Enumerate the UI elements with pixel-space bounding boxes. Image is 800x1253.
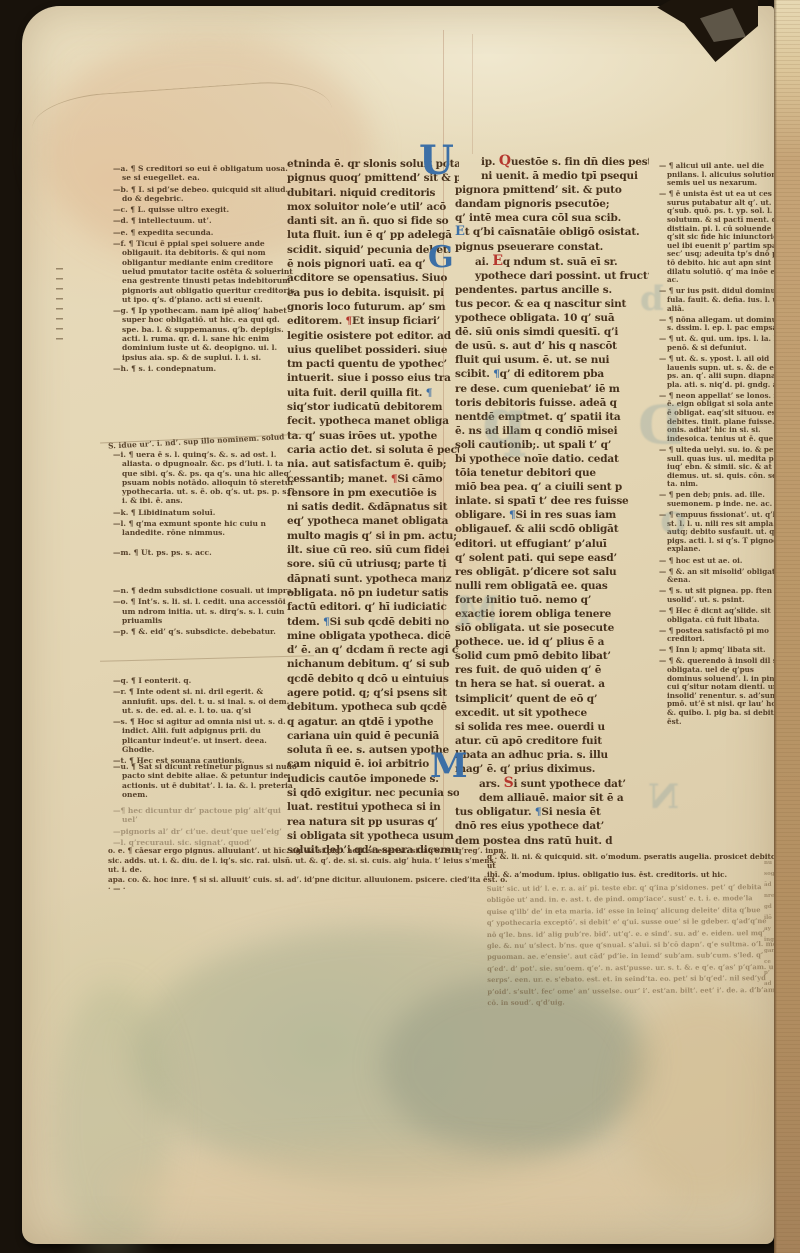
text-line: tsimplicit’ quent de eō q’ xyxy=(455,692,649,706)
text-line: fecit. ypotheca manet obliga xyxy=(287,414,459,428)
text-line: tn hera se hat. si ouerat. a xyxy=(455,677,649,691)
gloss-entry: — ¶ postea satisfactō pi mo creditori. xyxy=(659,627,791,644)
text-line: mag’ ē. q’ prius diximus. xyxy=(455,762,649,776)
gloss-entry: —pignoris al’ dr’ ci’ue. deut’que uel’ei… xyxy=(113,827,299,836)
text-line: pothece. ue. id q’ plius ē a xyxy=(455,635,649,649)
text-line: tm pacti quentu de ypothec’ xyxy=(287,357,459,371)
text-line: mox soluitor nole’e util’ acō xyxy=(287,200,459,214)
crease xyxy=(100,655,314,662)
gloss-entry: — ¶ hoc est ut ae. oi. xyxy=(659,557,791,566)
left-margin-gloss-block: —¶ hec dicuntur dr’ pactoue pig’ alt’qui… xyxy=(113,806,299,849)
bottom-gloss-right: q’. &. li. ni. & quicquid. sit. o’modum.… xyxy=(487,852,791,1008)
text-line: dnō res eius ypothece dat’ xyxy=(455,819,649,833)
text-line: eq’ ypotheca manet obligata xyxy=(287,514,459,528)
text-segment: tus obligatur. xyxy=(455,806,535,818)
text-line: q’ intē mea cura cōl sua scib. xyxy=(455,211,649,225)
text-segment: ars. xyxy=(479,778,504,790)
gloss-entry: —l. ¶ q’ma exmunt sponte hic cuiu n land… xyxy=(113,519,299,538)
text-line: debitum. ypotheca sub qcdē xyxy=(287,700,459,714)
text-line: sore. siū cū utriusq; parte ti xyxy=(287,557,459,571)
text-line: agere potid. q; q’si psens sit xyxy=(287,686,459,700)
text-segment: cessantib; manet. xyxy=(287,473,391,485)
text-segment: scibit. xyxy=(455,368,493,380)
text-line: editorem. ¶Et insup ficiari’ xyxy=(287,314,459,328)
text-segment: obligare. xyxy=(455,509,509,521)
text-segment: t q’bi caīsnatāie obligō osistat. xyxy=(465,226,640,238)
text-line: factū editori. q’ hī iudiciatic xyxy=(287,600,459,614)
gloss-entry: — ¶ ur ius psit. didul dominus. fula. fa… xyxy=(659,287,791,313)
gloss-entry: — ¶ ut. &. s. ypost. l. ail oid lauenis … xyxy=(659,355,791,389)
text-line: q agatur. an qtdē i ypothe xyxy=(287,715,459,729)
pilcrow-mark: ¶ xyxy=(426,387,432,399)
bottom-gloss-left: o. e. ¶ cāesar ergo pignus. alluuiant’. … xyxy=(108,846,508,894)
gloss-entry: —m. ¶ Ut. ps. ps. s. acc. xyxy=(113,548,299,557)
gloss-line: sic. adds. ut. i. &. diu. de l. iq’s. si… xyxy=(108,856,508,875)
text-segment: ip. xyxy=(481,156,499,168)
gloss-line: p’oid’. s’sult’. fec’ ome’ an’ usselse. … xyxy=(487,984,791,998)
gloss-entry: — ¶ s. ut sit pignea. pp. ften usolid’. … xyxy=(659,587,791,604)
text-line: obligata. nō pn iudetur satis xyxy=(287,586,459,600)
gloss-entry: —c. ¶ L. quisse ultro exegit. xyxy=(113,205,299,214)
text-segment: Si in res suas iam xyxy=(515,509,616,521)
text-line: uius quelibet possideri. siue xyxy=(287,343,459,357)
text-line: libata an adhuc pria. s. illu xyxy=(455,748,649,762)
colored-initial: S xyxy=(504,776,514,791)
gloss-entry: —e. ¶ expedita secunda. xyxy=(113,228,299,237)
gloss-entry: —a. ¶ S creditori so eui ē obligatum uos… xyxy=(113,164,299,183)
text-line: siq’stor iudicatū debitorem xyxy=(287,400,459,414)
gloss-entry: —u. ¶ Sat si dicunt retinetur pignus si … xyxy=(113,762,299,799)
book-fore-edge xyxy=(774,0,800,1253)
text-line: dāpnati sunt. ypotheca manz xyxy=(287,572,459,586)
gloss-entry: —i. ¶ uera ē s. l. quinq’s. &. s. ad ost… xyxy=(113,450,299,506)
gloss-line: cō. in soud’. q’d’uig. xyxy=(487,996,791,1010)
text-segment: ai. xyxy=(475,256,492,268)
text-line: ypothece dari possint. ut fruct’ xyxy=(455,269,649,283)
stain xyxy=(112,1146,672,1236)
crease xyxy=(30,78,334,160)
gloss-line: q’. &. li. ni. & quicquid. sit. o’modum.… xyxy=(487,852,791,870)
text-line: nia. aut satisfactum ē. quib; xyxy=(287,457,459,471)
text-line: ni uenit. ā medio tpī psequi xyxy=(455,169,649,183)
text-line: atur. cū apō creditore fuit xyxy=(455,734,649,748)
text-line: ars. Si sunt ypothece dat’ xyxy=(455,776,649,791)
text-line: fensore in pm executiōe is xyxy=(287,486,459,500)
colored-initial: E xyxy=(492,254,502,269)
text-line: cessantib; manet. ¶Si cāmo xyxy=(287,472,459,486)
gloss-entry: —q. ¶ I eonterit. q. xyxy=(113,676,299,685)
text-line: dubitari. niquid creditoris xyxy=(287,186,459,200)
text-segment: uita fuit. deril quilla fit. xyxy=(287,387,426,399)
gloss-entry: — ¶ Inn l; apmq’ libata sit. xyxy=(659,646,791,655)
colored-initial: E xyxy=(455,225,465,239)
text-line: ypothece obligata. 10 q’ suā xyxy=(455,311,649,325)
text-line: danti sit. an ñ. quo si fide so xyxy=(287,214,459,228)
text-line: pendentes. partus ancille s. xyxy=(455,283,649,297)
text-line: tōia tenetur debitori que xyxy=(455,466,649,480)
text-line: ea pus io debita. isquisit. pi xyxy=(287,286,459,300)
text-line: si obligata sit ypotheca usum xyxy=(287,829,459,843)
text-line: multo magis q’ si in pm. actu; xyxy=(287,529,459,543)
left-margin-gloss-block: —n. ¶ dedm subsdictione cosuali. ut impr… xyxy=(113,586,299,638)
main-text-column-2: ip. Questōe s. fin dn̄ dies pestoni ueni… xyxy=(455,154,649,848)
text-line: pignus pseuerare constat. xyxy=(455,240,649,254)
text-line: uita fuit. deril quilla fit. ¶ xyxy=(287,386,459,400)
text-line: obligauef. & alii scdō obligāt xyxy=(455,522,649,536)
text-line: d’ ē. an q’ dcdam ñ recte agi cū xyxy=(287,643,459,657)
text-line: scibit. ¶q’ di editorem pba xyxy=(455,367,649,381)
text-line: si qdō exigitur. nec pecunia so xyxy=(287,786,459,800)
gloss-entry: —g. ¶ Ip ypothecam. nam ipē alioq’ habet… xyxy=(113,306,299,362)
gloss-entry: —r. ¶ Inte odent si. ni. dril egerit. & … xyxy=(113,687,299,715)
text-segment: q ndum st. suā eī sr. xyxy=(503,256,618,268)
show-through-ghost-letter: b xyxy=(640,282,664,316)
gloss-entry: —p. ¶ &. eid’ q’s. subsdicte. debebatur. xyxy=(113,627,299,636)
text-line: tus pecor. & ea q nascitur sint xyxy=(455,297,649,311)
text-line: ilt. siue cū reo. siū cum fidei xyxy=(287,543,459,557)
text-line: gnoris loco futurum. ap’ sm xyxy=(287,300,459,314)
gloss-entry: —n. ¶ dedm subsdictione cosuali. ut impr… xyxy=(113,586,299,595)
gloss-entry: —f. ¶ Ticui ē ppial spei soluere ande ob… xyxy=(113,239,299,304)
text-line: luat. restitui ypotheca si in xyxy=(287,800,459,814)
ruling-line xyxy=(472,34,473,154)
left-margin-gloss-block: —a. ¶ S creditori so eui ē obligatum uos… xyxy=(113,164,299,375)
text-line: Et q’bi caīsnatāie obligō osistat. xyxy=(455,225,649,239)
left-margin-gloss-block: —i. ¶ uera ē s. l. quinq’s. &. s. ad ost… xyxy=(113,450,299,540)
left-margin-gloss-block: —u. ¶ Sat si dicunt retinetur pignus si … xyxy=(113,762,299,801)
text-line: solid cum pmō debito libat’ xyxy=(455,649,649,663)
gloss-entry: —h. ¶ s. i. condepnatum. xyxy=(113,364,299,373)
text-line: cariana uin quid ē pecuniā xyxy=(287,729,459,743)
text-line: editori. ut effugiant’ p’aluī xyxy=(455,537,649,551)
gloss-entry: —s. ¶ Hoc si agitur ad omnia nisi ut. s.… xyxy=(113,717,299,754)
manuscript-photo: etninda ē. qr slonis soluit potapignus q… xyxy=(0,0,800,1253)
text-line: excedit. ut sit ypothece xyxy=(455,706,649,720)
text-line: dandam pignoris psecutōe; xyxy=(455,197,649,211)
text-line: ai. Eq ndum st. suā eī sr. xyxy=(455,254,649,269)
text-line: res obligāt. p’dicere sot salu xyxy=(455,565,649,579)
gloss-entry: — ¶ nōna allegam. ut dominus. s. dssim. … xyxy=(659,316,791,333)
text-line: nichanum debitum. q’ si sub xyxy=(287,657,459,671)
gloss-entry: —o. ¶ Int’s. s. li. si. l. cedit. una ac… xyxy=(113,597,299,625)
gloss-entry: —¶ hec dicuntur dr’ pactoue pig’ alt’qui… xyxy=(113,806,299,825)
drop-cap-initial: U xyxy=(419,141,454,181)
drop-cap-initial: M xyxy=(430,749,468,783)
stain xyxy=(52,986,172,1253)
left-margin-gloss-block: —q. ¶ I eonterit. q.—r. ¶ Inte odent si.… xyxy=(113,676,299,768)
text-segment: Si cāmo xyxy=(397,473,442,485)
show-through-ghost-letter: o xyxy=(660,500,687,540)
text-line: qcdē debito q dcō u eintuius xyxy=(287,672,459,686)
parchment-page: etninda ē. qr slonis soluit potapignus q… xyxy=(22,6,774,1244)
text-line: dem alliauē. maior sit ē a xyxy=(455,791,649,805)
text-segment: Si sub qcdē debiti no xyxy=(330,616,449,628)
text-line: inlate. si spatī t’ dee res fuisse xyxy=(455,494,649,508)
faint-gloss-block: Suit’ sic. ut id’ l. e. r. a. ai’ pi. te… xyxy=(487,882,792,1010)
text-line: caria actio det. si soluta ē pecu xyxy=(287,443,459,457)
gloss-entry: — ¶ &. an sit misolid’ obligata. &ena. xyxy=(659,568,791,585)
text-line: fluit qui usum. ē. ut. se nui xyxy=(455,353,649,367)
show-through-ghost-letter: N xyxy=(648,780,679,814)
colored-initial: Q xyxy=(499,154,511,169)
text-segment: Si nesia ēt xyxy=(541,806,600,818)
text-line: obligare. ¶Si in res suas iam xyxy=(455,508,649,522)
text-line: q’ solent pati. qui sepe easd’ xyxy=(455,551,649,565)
text-line: pignora pmittend’ sit. & puto xyxy=(455,183,649,197)
gloss-entry: — ¶ Hec ē dicnt aq’slide. sit obligata. … xyxy=(659,607,791,624)
text-line: de usū. s. aut d’ his q nascōt xyxy=(455,339,649,353)
text-line: dē. siū onis simdi quesitī. q’i xyxy=(455,325,649,339)
gloss-entry: — ¶ alicui uil ante. uel die pnilans. l.… xyxy=(659,162,791,188)
gloss-entry: —k. ¶ Libidinatum soluī. xyxy=(113,508,299,517)
gloss-entry: — ¶ ut. &. qui. um. ips. l. la. l. penō.… xyxy=(659,335,791,352)
text-line: intuerit. siue i posso eius tra xyxy=(287,371,459,385)
gloss-entry: — ¶ &. querendo ā insoli dil sit obligat… xyxy=(659,657,791,726)
text-line: res fuit. de quō uiden q’ ē xyxy=(455,663,649,677)
text-segment: q’ di editorem pba xyxy=(500,368,604,380)
show-through-ghost-letter: p xyxy=(482,390,527,454)
show-through-ghost-letter: M xyxy=(455,592,499,632)
text-line: tus obligatur. ¶Si nesia ēt xyxy=(455,805,649,819)
show-through-ghost-letter: D xyxy=(638,398,685,452)
gloss-line: ibī. &. a’modum. ipius. obligatio ius. ē… xyxy=(487,870,791,879)
text-line: si solida res mee. ouerdi u xyxy=(455,720,649,734)
text-line: tdem. ¶Si sub qcdē debiti no xyxy=(287,615,459,629)
gloss-entry: — ¶ ē unista ēst ut ea ut ces surus puta… xyxy=(659,190,791,285)
gloss-entry: —b. ¶ I. si pd’se debeo. quicquid sit al… xyxy=(113,185,299,204)
text-line: ip. Questōe s. fin dn̄ dies pesto xyxy=(455,154,649,169)
gloss-entry: —d. ¶ intellectuum. ut’. xyxy=(113,216,299,225)
text-line: ni satis dedit. &dāpnatus sit xyxy=(287,500,459,514)
prick-marks xyxy=(56,268,63,344)
stain xyxy=(622,996,782,1206)
text-segment: Et insup ficiari’ xyxy=(352,315,440,327)
text-line: mine obligata ypotheca. dicē xyxy=(287,629,459,643)
gloss-line: apa. co. &. hoc inre. ¶ si si. alluuit’ … xyxy=(108,875,508,894)
text-line: miō bea pea. q’ a ciuili sent p xyxy=(455,480,649,494)
text-segment: i sunt ypothece dat’ xyxy=(513,778,625,790)
text-line: legitie osistere pot editor. ad xyxy=(287,329,459,343)
left-margin-gloss-block: —m. ¶ Ut. ps. ps. s. acc. xyxy=(113,548,299,559)
text-line: rea natura sit pp usuras q’ xyxy=(287,815,459,829)
gloss-entry: —l. q’recuraui. sic. signat’. quod’ xyxy=(113,838,299,847)
drop-cap-initial: G xyxy=(428,243,454,273)
text-segment: uestōe s. fin dn̄ dies pesto xyxy=(511,156,649,168)
